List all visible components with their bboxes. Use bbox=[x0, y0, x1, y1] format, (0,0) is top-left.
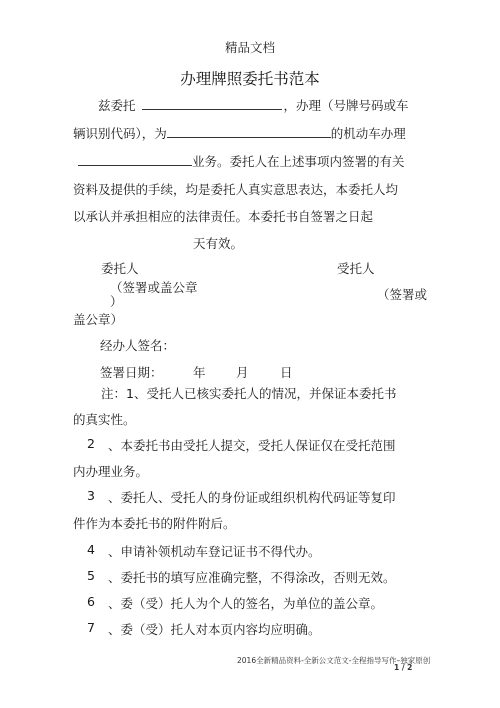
day-label: 日 bbox=[280, 363, 293, 381]
text: 业务。委托人在上述事项内签署的有关 bbox=[192, 154, 405, 169]
sign-date-label: 签署日期： bbox=[100, 363, 163, 381]
note-7: 、委（受）托人对本页内容均应明确。 bbox=[108, 620, 321, 638]
note-6-number: 6 bbox=[87, 594, 95, 609]
business-blank[interactable] bbox=[78, 154, 192, 166]
note-3-number: 3 bbox=[87, 488, 95, 503]
year-label: 年 bbox=[193, 363, 206, 381]
body-line-6: 天有效。 bbox=[193, 234, 243, 252]
agent-label: 受托人 bbox=[337, 259, 375, 277]
principal-blank[interactable] bbox=[142, 98, 282, 110]
handler-signature-label: 经办人签名： bbox=[100, 336, 175, 354]
body-line-3: 业务。委托人在上述事项内签署的有关 bbox=[78, 152, 405, 170]
note-5-number: 5 bbox=[87, 568, 95, 583]
owner-blank[interactable] bbox=[167, 126, 331, 138]
text: 兹委托 bbox=[98, 98, 136, 113]
note-7-number: 7 bbox=[87, 620, 95, 635]
note-4-number: 4 bbox=[87, 542, 95, 557]
body-line-4: 资料及提供的手续，均是委托人真实意思表达，本委托人均 bbox=[73, 180, 398, 198]
principal-sign-note: （签署或盖公章 bbox=[110, 278, 198, 296]
agent-sign-note: （签署或 bbox=[377, 285, 427, 303]
text: 辆识别代码），为 bbox=[73, 126, 167, 141]
text: ，办理（号牌号码或车 bbox=[284, 98, 409, 113]
note-1: 注：1、受托人已核实委托人的情况，并保证本委托书 bbox=[101, 384, 396, 402]
principal-label: 委托人 bbox=[101, 259, 139, 277]
note-1-cont: 的真实性。 bbox=[73, 410, 136, 428]
note-2-cont: 内办理业务。 bbox=[73, 462, 148, 480]
page-number: 1 / 2 bbox=[394, 663, 412, 672]
principal-sign-note-close: ） bbox=[110, 292, 123, 310]
body-line-2: 辆识别代码），为的机动车办理 bbox=[73, 124, 406, 142]
note-5: 、委托书的填写应准确完整，不得涂改，否则无效。 bbox=[108, 568, 396, 586]
month-label: 月 bbox=[236, 363, 249, 381]
note-6: 、委（受）托人为个人的签名，为单位的盖公章。 bbox=[108, 594, 383, 612]
note-3-cont: 件作为本委托书的附件附后。 bbox=[73, 514, 236, 532]
body-line-1: 兹委托 ，办理（号牌号码或车 bbox=[98, 96, 409, 114]
note-4: 、申请补领机动车登记证书不得代办。 bbox=[108, 542, 321, 560]
body-line-5: 以承认并承担相应的法律责任。本委托书自签署之日起 bbox=[73, 207, 373, 225]
note-3: 、委托人、受托人的身份证或组织机构代码证等复印 bbox=[108, 488, 396, 506]
page-header: 精品文档 bbox=[0, 38, 500, 56]
document-title: 办理牌照委托书范本 bbox=[0, 67, 500, 89]
agent-sign-note-cont: 盖公章） bbox=[73, 310, 123, 328]
note-2-number: 2 bbox=[87, 436, 95, 451]
text: 的机动车办理 bbox=[331, 126, 406, 141]
note-2: 、本委托书由受托人提交，受托人保证仅在受托范围 bbox=[108, 436, 396, 454]
